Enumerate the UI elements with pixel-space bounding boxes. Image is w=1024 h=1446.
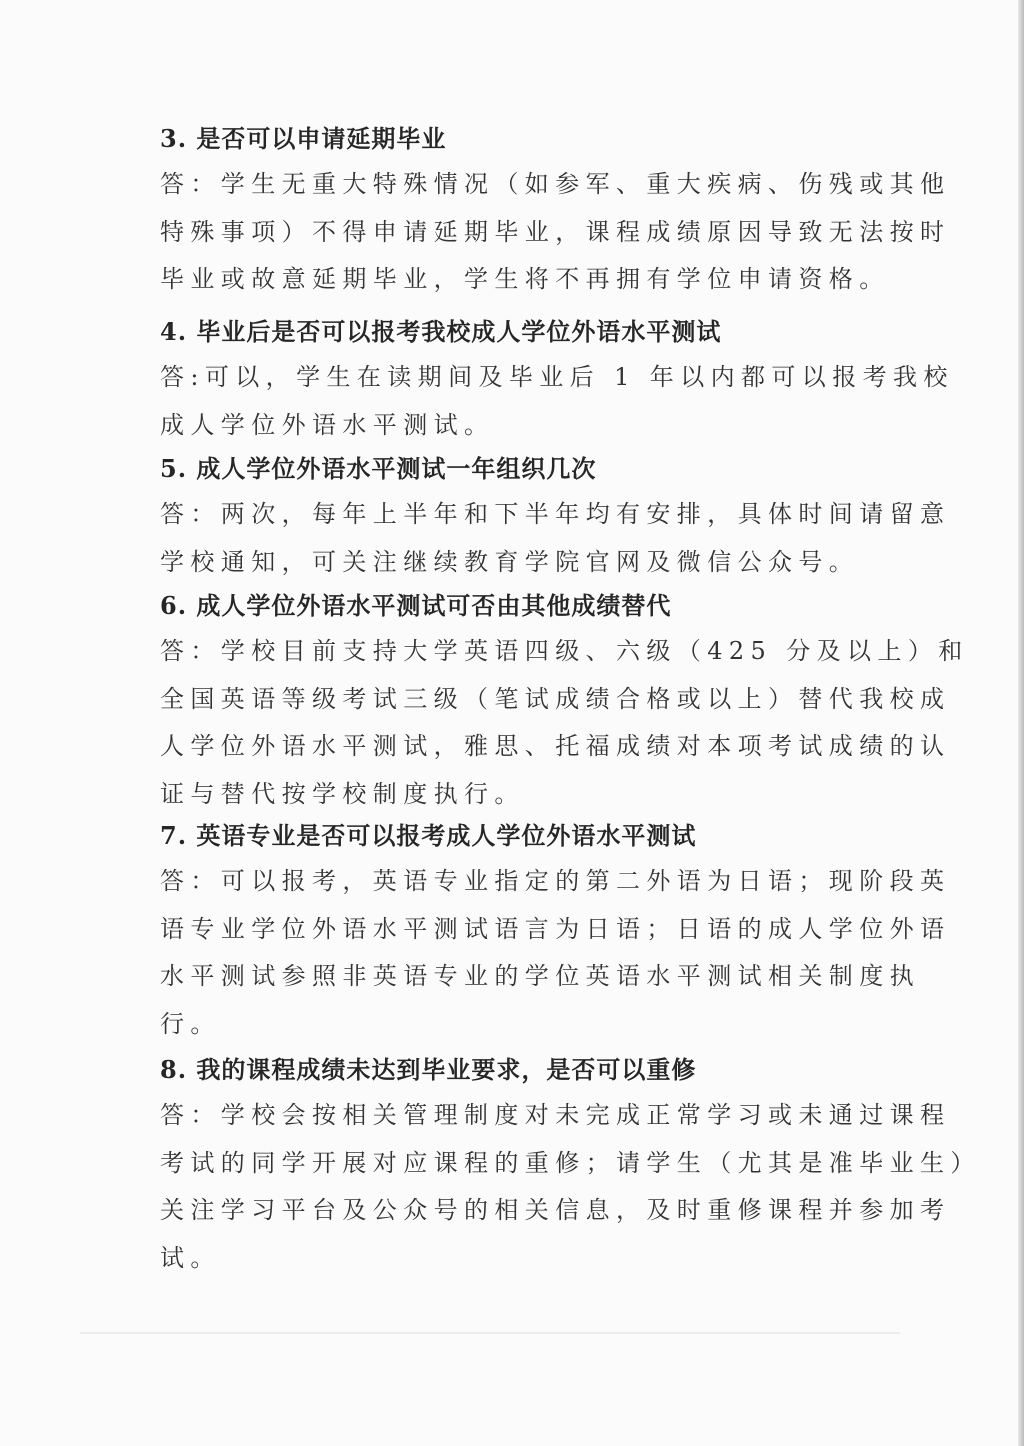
answer-text: 答：学生无重大特殊情况（如参军、重大疾病、伤残或其他 特殊事项）不得申请延期毕业…: [160, 161, 950, 304]
faq-item-5: 5. 成人学位外语水平测试一年组织几次 答：两次，每年上半年和下半年均有安排，具…: [160, 447, 950, 586]
answer-line: 人学位外语水平测试，雅思、托福成绩对本项考试成绩的认: [160, 723, 969, 771]
question-heading: 8. 我的课程成绩未达到毕业要求，是否可以重修: [160, 1048, 981, 1092]
faq-item-6: 6. 成人学位外语水平测试可否由其他成绩替代 答：学校目前支持大学英语四级、六级…: [160, 584, 969, 818]
faq-item-7: 7. 英语专业是否可以报考成人学位外语水平测试 答：可以报考，英语专业指定的第二…: [160, 814, 950, 1048]
faq-item-8: 8. 我的课程成绩未达到毕业要求，是否可以重修 答：学校会按相关管理制度对未完成…: [160, 1048, 981, 1282]
answer-line: 特殊事项）不得申请延期毕业，课程成绩原因导致无法按时: [160, 209, 950, 257]
answer-text: 答：可以报考，英语专业指定的第二外语为日语；现阶段英 语专业学位外语水平测试语言…: [160, 858, 950, 1048]
answer-line: 毕业或故意延期毕业，学生将不再拥有学位申请资格。: [160, 256, 950, 304]
question-heading: 7. 英语专业是否可以报考成人学位外语水平测试: [160, 814, 950, 858]
answer-line: 答：可以报考，英语专业指定的第二外语为日语；现阶段英: [160, 858, 950, 906]
answer-line: 关注学习平台及公众号的相关信息，及时重修课程并参加考: [160, 1187, 981, 1235]
scan-artifact-line: [80, 1332, 900, 1334]
question-heading: 4. 毕业后是否可以报考我校成人学位外语水平测试: [160, 310, 954, 354]
answer-line: 学校通知，可关注继续教育学院官网及微信公众号。: [160, 539, 950, 587]
question-heading: 6. 成人学位外语水平测试可否由其他成绩替代: [160, 584, 969, 628]
answer-text: 答：学校会按相关管理制度对未完成正常学习或未通过课程 考试的同学开展对应课程的重…: [160, 1092, 981, 1282]
answer-line: 答：两次，每年上半年和下半年均有安排，具体时间请留意: [160, 491, 950, 539]
answer-line: 行。: [160, 1001, 950, 1049]
question-heading: 3. 是否可以申请延期毕业: [160, 117, 950, 161]
scan-page-edge: [1018, 0, 1024, 1446]
answer-line: 答：学生无重大特殊情况（如参军、重大疾病、伤残或其他: [160, 161, 950, 209]
faq-item-3: 3. 是否可以申请延期毕业 答：学生无重大特殊情况（如参军、重大疾病、伤残或其他…: [160, 117, 950, 304]
answer-line: 全国英语等级考试三级（笔试成绩合格或以上）替代我校成: [160, 676, 969, 724]
answer-text: 答：两次，每年上半年和下半年均有安排，具体时间请留意 学校通知，可关注继续教育学…: [160, 491, 950, 586]
answer-line: 答：学校目前支持大学英语四级、六级（425 分及以上）和: [160, 628, 969, 676]
answer-line: 考试的同学开展对应课程的重修；请学生（尤其是准毕业生）: [160, 1140, 981, 1188]
faq-item-4: 4. 毕业后是否可以报考我校成人学位外语水平测试 答:可以，学生在读期间及毕业后…: [160, 310, 954, 449]
answer-line: 答:可以，学生在读期间及毕业后 1 年以内都可以报考我校: [160, 354, 954, 402]
answer-text: 答：学校目前支持大学英语四级、六级（425 分及以上）和 全国英语等级考试三级（…: [160, 628, 969, 818]
question-heading: 5. 成人学位外语水平测试一年组织几次: [160, 447, 950, 491]
answer-line: 答：学校会按相关管理制度对未完成正常学习或未通过课程: [160, 1092, 981, 1140]
answer-text: 答:可以，学生在读期间及毕业后 1 年以内都可以报考我校 成人学位外语水平测试。: [160, 354, 954, 449]
answer-line: 成人学位外语水平测试。: [160, 402, 954, 450]
answer-line: 证与替代按学校制度执行。: [160, 771, 969, 819]
answer-line: 试。: [160, 1235, 981, 1283]
answer-line: 水平测试参照非英语专业的学位英语水平测试相关制度执: [160, 953, 950, 1001]
answer-line: 语专业学位外语水平测试语言为日语；日语的成人学位外语: [160, 906, 950, 954]
